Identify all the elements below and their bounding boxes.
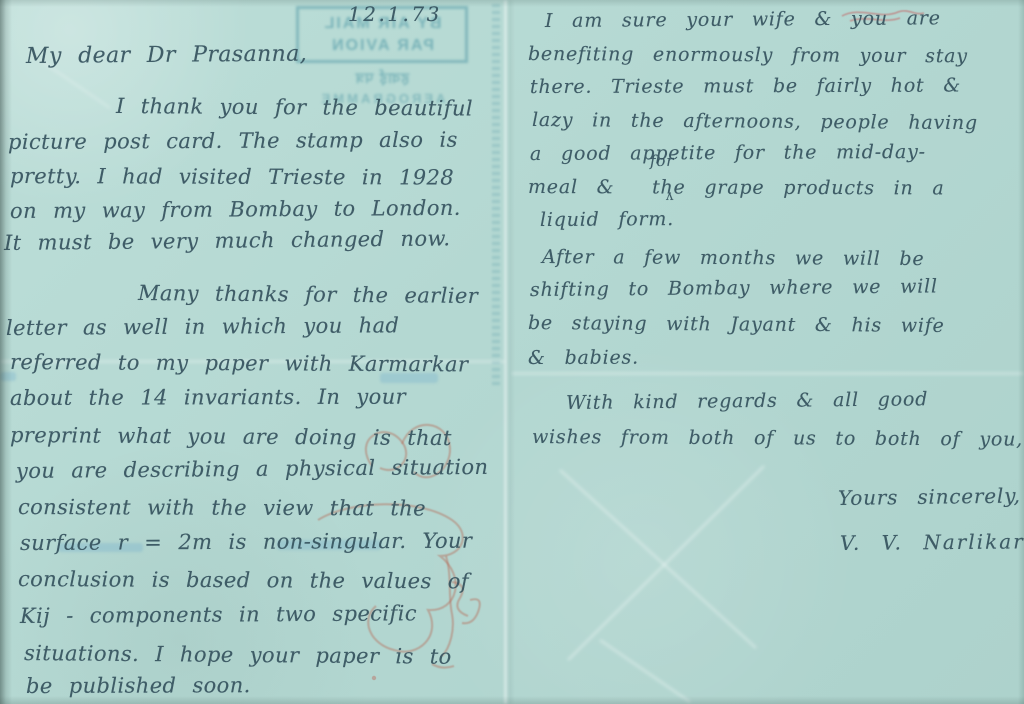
handwritten-line: there. Trieste must be fairly hot & — [530, 74, 961, 98]
handwritten-line: I thank you for the beautiful — [116, 94, 473, 120]
handwritten-line: Many thanks for the earlier — [138, 281, 478, 308]
vertical-bleed-text-strip — [492, 4, 500, 386]
crease-horizontal-right — [512, 372, 1024, 375]
handwritten-line: be staying with Jayant & his wife — [528, 312, 945, 337]
handwritten-line: you are describing a physical situation — [16, 455, 489, 483]
red-ink-dot — [372, 676, 376, 680]
handwritten-line: & babies. — [528, 347, 639, 369]
handwritten-line: It must be very much changed now. — [4, 226, 451, 255]
handwritten-line: lazy in the afternoons, people having — [532, 109, 978, 134]
scan-edge-right — [1018, 0, 1024, 704]
signoff: Yours sincerely, — [838, 483, 1021, 510]
handwritten-line: picture post card. The stamp also is — [8, 128, 458, 154]
fold-crease-shadow — [509, 0, 512, 704]
handwritten-line: I am sure your wife & you are — [545, 7, 941, 32]
handwritten-line: Kij - components in two specific — [20, 601, 417, 628]
salutation: My dear Dr Prasanna, — [26, 42, 307, 69]
insertion-caret: ʌ — [666, 189, 674, 204]
handwritten-line: be published soon. — [26, 673, 251, 698]
fold-crease-vertical — [504, 0, 507, 704]
handwritten-line: conclusion is based on the values of — [18, 567, 469, 593]
scan-edge-bottom — [0, 696, 1024, 704]
handwritten-line: preprint what you are doing is that — [10, 423, 452, 450]
signature: V. V. Narlikar — [840, 529, 1024, 555]
handwritten-line: a good appetite for the mid-day- — [530, 141, 926, 165]
handwritten-line: letter as well in which you had — [6, 313, 400, 340]
handwritten-line: After a few months we will be — [542, 246, 925, 270]
handwritten-line: wishes from both of us to both of you, — [532, 426, 1023, 451]
handwritten-line: situations. I hope your paper is to — [24, 641, 452, 669]
handwritten-line: pretty. I had visited Trieste in 1928 — [10, 164, 454, 190]
handwritten-line: With kind regards & all good — [566, 388, 928, 414]
scan-edge-left — [0, 0, 12, 704]
aerogramme-letter-scan: BY AIR MAIL PAR AVION हवाई पत्र AEROGRAM… — [0, 0, 1024, 704]
handwritten-line: on my way from Bombay to London. — [10, 196, 461, 223]
scan-edge-top — [0, 0, 1024, 7]
handwritten-line: benefiting enormously from your stay — [528, 43, 968, 67]
handwritten-line: surface r = 2m is non-singular. Your — [20, 529, 472, 555]
handwritten-line: meal & the grape products in a — [528, 176, 945, 199]
handwritten-line: about the 14 invariants. In your — [10, 385, 406, 410]
handwritten-line: consistent with the view that the — [18, 495, 426, 520]
insertion-word: for — [650, 152, 674, 170]
stamp-line-par-avion: PAR AVION — [305, 35, 459, 57]
handwritten-line: referred to my paper with Karmarkar — [10, 350, 469, 376]
handwritten-line: liquid form. — [540, 208, 674, 231]
stamp-devanagari-line: हवाई पत्र — [296, 68, 468, 88]
handwritten-line: shifting to Bombay where we will — [530, 275, 938, 301]
